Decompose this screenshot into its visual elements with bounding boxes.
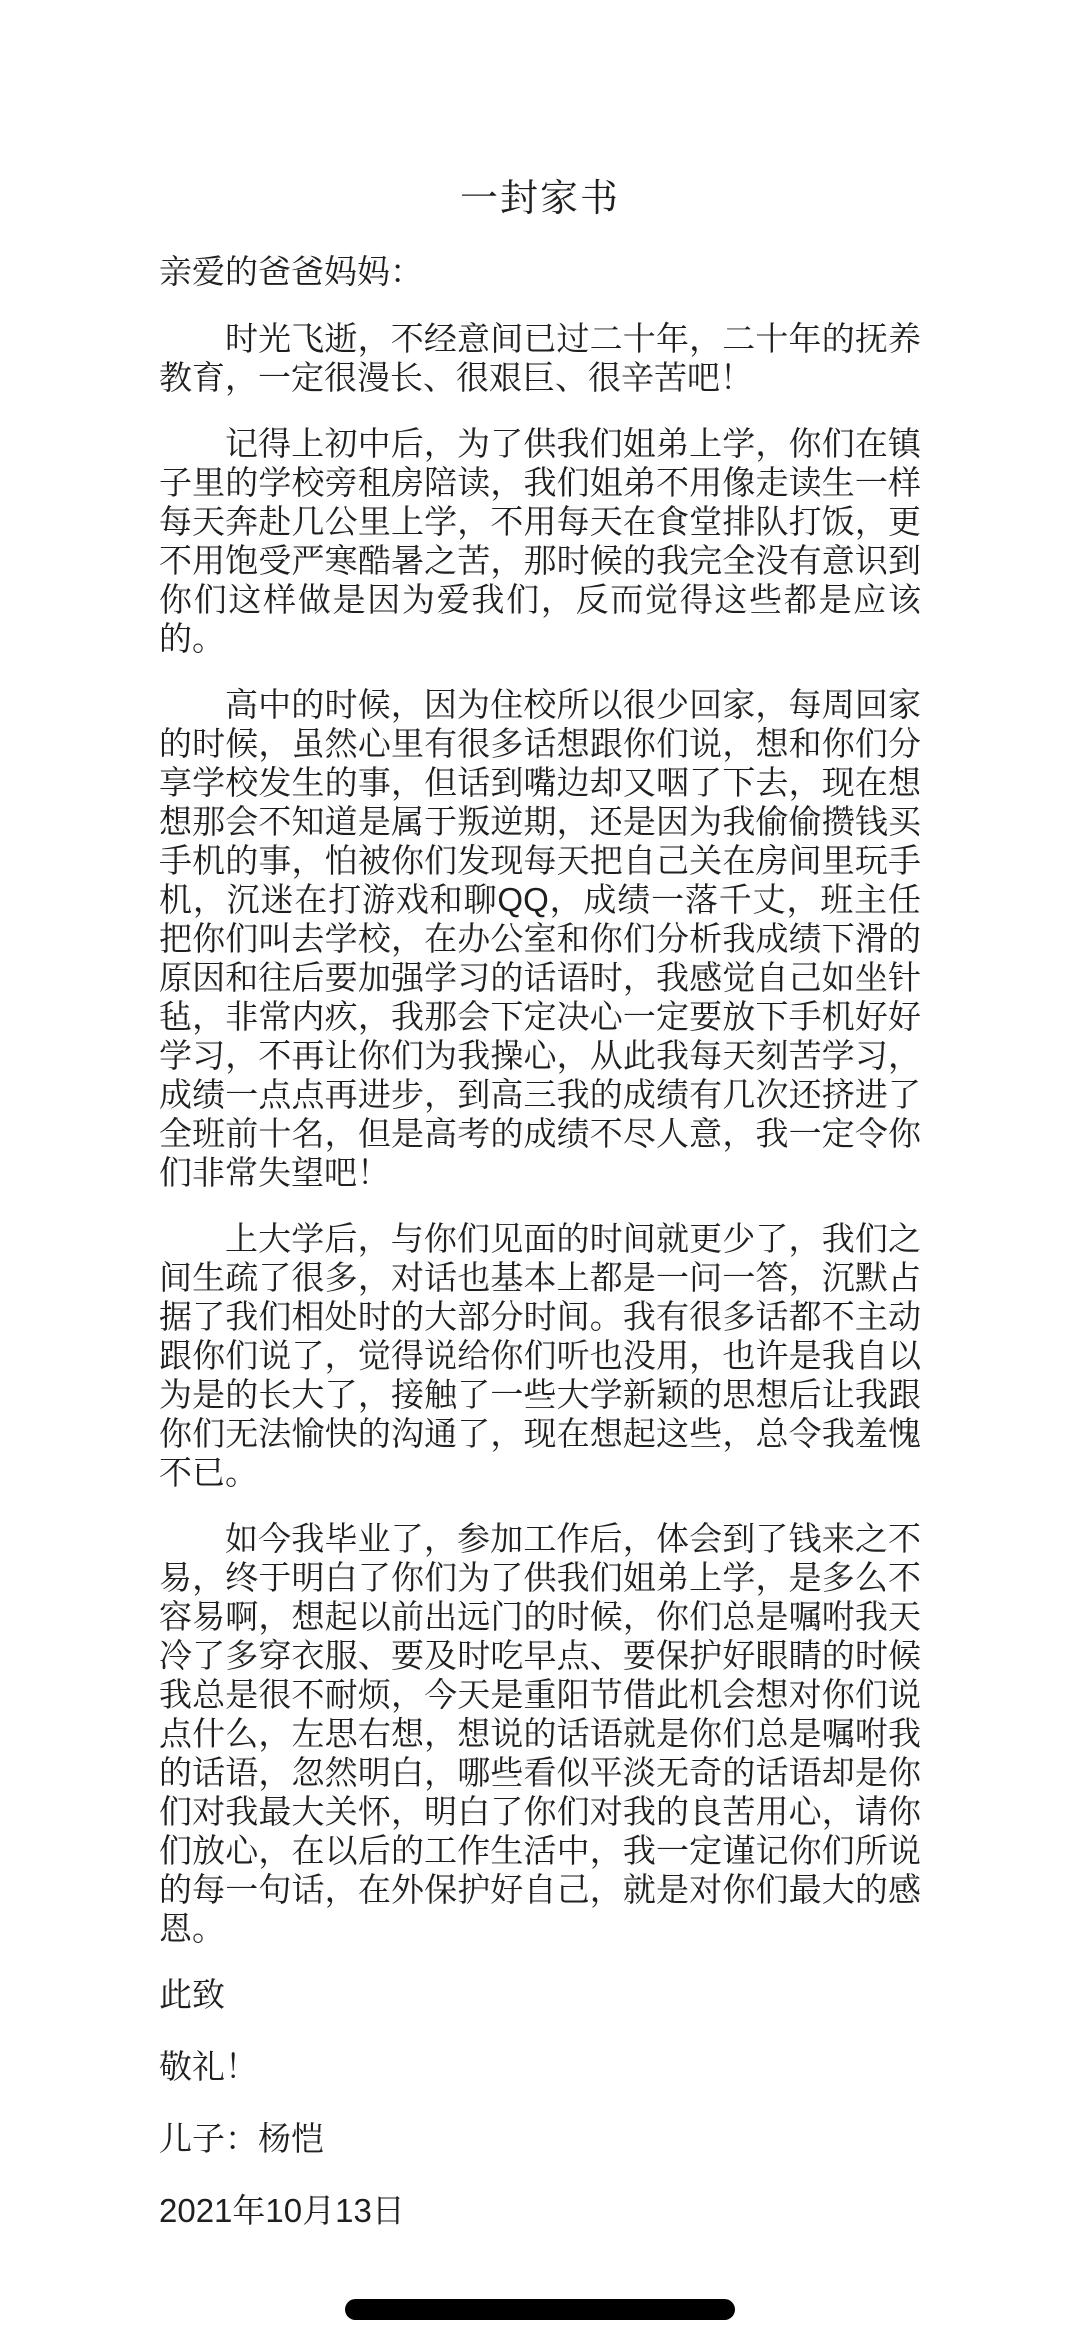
letter-paragraph: 时光飞逝，不经意间已过二十年，二十年的抚养教育，一定很漫长、很艰巨、很辛苦吧！ [159, 319, 921, 397]
letter-page: 一封家书 亲爱的爸爸妈妈： 时光飞逝，不经意间已过二十年，二十年的抚养教育，一定… [0, 0, 1080, 2337]
letter-paragraph: 上大学后，与你们见面的时间就更少了，我们之间生疏了很多，对话也基本上都是一问一答… [159, 1219, 921, 1492]
letter-signature: 儿子：杨恺 [159, 2119, 921, 2158]
letter-paragraph: 高中的时候，因为住校所以很少回家，每周回家的时候，虽然心里有很多话想跟你们说，想… [159, 685, 921, 1192]
letter-title: 一封家书 [159, 176, 921, 222]
letter-paragraph: 记得上初中后，为了供我们姐弟上学，你们在镇子里的学校旁租房陪读，我们姐弟不用像走… [159, 424, 921, 658]
home-indicator-bar[interactable] [345, 2299, 735, 2320]
letter-content: 一封家书 亲爱的爸爸妈妈： 时光飞逝，不经意间已过二十年，二十年的抚养教育，一定… [159, 0, 921, 2230]
letter-closing-salute: 敬礼！ [159, 2047, 921, 2086]
letter-date: 2021年10月13日 [159, 2191, 921, 2230]
letter-closing-cizhi: 此致 [159, 1975, 921, 2014]
letter-paragraph: 如今我毕业了，参加工作后，体会到了钱来之不易，终于明白了你们为了供我们姐弟上学，… [159, 1519, 921, 1948]
letter-salutation: 亲爱的爸爸妈妈： [159, 252, 921, 291]
